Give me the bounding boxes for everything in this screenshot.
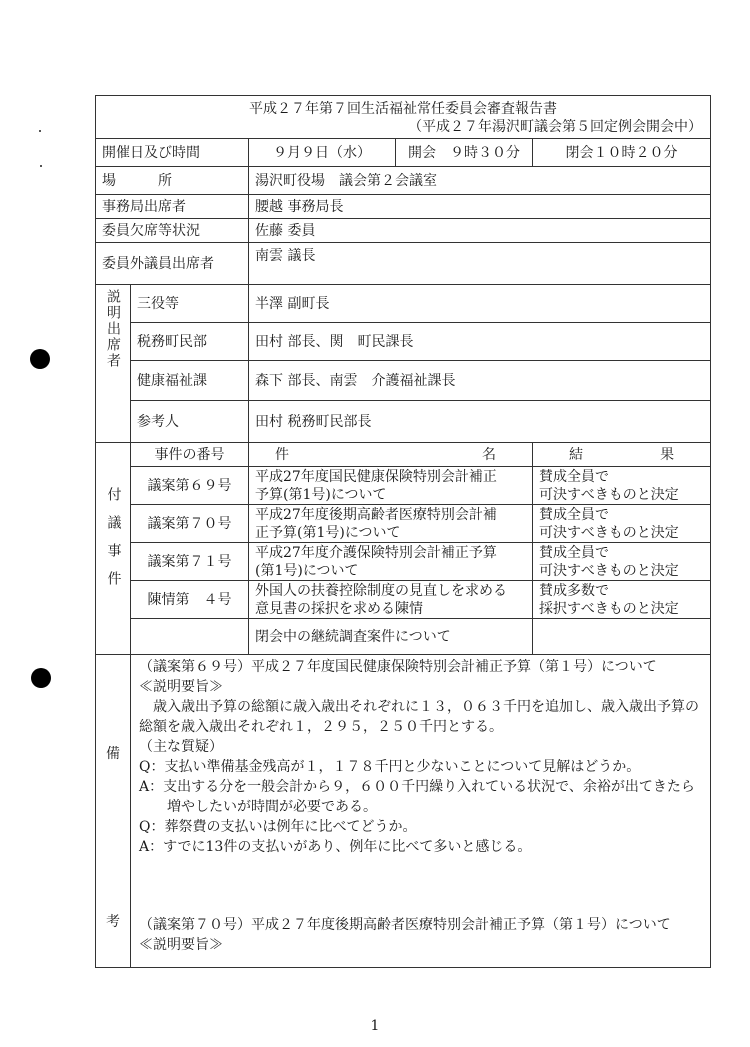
remarks-line: ≪説明要旨≫ xyxy=(139,935,702,955)
explainer-label: 三役等 xyxy=(131,285,249,323)
info-label: 委員欠席等状況 xyxy=(96,219,249,243)
header-result-right: 果 xyxy=(660,446,674,464)
agenda-number: 陳情第 ４号 xyxy=(131,581,249,619)
agenda-header-row: 付議事件 事件の番号 件名 結果 xyxy=(96,443,711,467)
info-label: 委員外議員出席者 xyxy=(96,243,249,285)
punch-hole-bottom xyxy=(31,668,51,688)
remarks-line: （主な質疑） xyxy=(139,737,702,757)
agenda-result: 賛成全員で可決すべきものと決定 xyxy=(533,467,711,505)
info-value: 湯沢町役場 議会第２会議室 xyxy=(249,167,711,195)
agenda-item-row: 議案第７０号 平成27年度後期高齢者医療特別会計補正予算(第1号)について 賛成… xyxy=(96,505,711,543)
remarks-line: ≪説明要旨≫ xyxy=(139,677,702,697)
info-row-secretariat: 事務局出席者 腰越 事務局長 xyxy=(96,195,711,219)
explainer-row: 参考人 田村 税務町民部長 xyxy=(96,401,711,443)
date-label: 開催日及び時間 xyxy=(96,139,249,167)
info-label: 場 所 xyxy=(96,167,249,195)
remarks-content: （議案第６９号）平成２７年度国民健康保険特別会計補正予算（第１号）について ≪説… xyxy=(131,655,711,968)
header-name-right: 名 xyxy=(482,446,496,464)
report-table-container: 平成２７年第７回生活福祉常任委員会審査報告書 （平成２７年湯沢町議会第５回定例会… xyxy=(95,95,710,968)
explainers-group-text: 説明出席者 xyxy=(102,289,124,369)
agenda-number: 議案第７１号 xyxy=(131,543,249,581)
title-cell: 平成２７年第７回生活福祉常任委員会審査報告書 （平成２７年湯沢町議会第５回定例会… xyxy=(96,96,711,139)
agenda-item-row: 陳情第 ４号 外国人の扶養控除制度の見直しを求める意見書の採択を求める陳情 賛成… xyxy=(96,581,711,619)
page-number: 1 xyxy=(0,1018,750,1034)
explainer-value: 田村 税務町民部長 xyxy=(249,401,711,443)
agenda-group-text: 付議事件 xyxy=(98,487,129,599)
agenda-number xyxy=(131,619,249,655)
agenda-item-row: 閉会中の継続調査案件について xyxy=(96,619,711,655)
agenda-number: 議案第７０号 xyxy=(131,505,249,543)
explainer-row: 税務町民部 田村 部長、関 町民課長 xyxy=(96,323,711,361)
info-value: 南雲 議長 xyxy=(249,243,711,285)
remarks-label-bottom: 考 xyxy=(96,763,130,931)
agenda-name-line: 平成27年度介護保険特別会計補正予算 xyxy=(255,544,526,562)
remarks-line: A：すでに13件の支払いがあり、例年に比べて多いと感じる。 xyxy=(139,837,702,857)
agenda-result-line: 賛成全員で xyxy=(539,468,704,486)
explainer-value: 田村 部長、関 町民課長 xyxy=(249,323,711,361)
agenda-item-row: 議案第６９号 平成27年度国民健康保険特別会計補正予算(第1号)について 賛成全… xyxy=(96,467,711,505)
explainer-value: 半澤 副町長 xyxy=(249,285,711,323)
agenda-name-line: 意見書の採択を求める陳情 xyxy=(255,600,526,618)
agenda-name-line: 外国人の扶養控除制度の見直しを求める xyxy=(255,582,526,600)
remarks-line: Q：支払い準備基金残高が１，１７８千円と少ないことについて見解はどうか。 xyxy=(139,757,702,777)
header-result-left: 結 xyxy=(569,446,583,464)
agenda-result: 賛成全員で可決すべきものと決定 xyxy=(533,543,711,581)
remarks-line: （議案第６９号）平成２７年度国民健康保険特別会計補正予算（第１号）について xyxy=(139,657,702,677)
agenda-number: 議案第６９号 xyxy=(131,467,249,505)
remarks-spacer xyxy=(139,857,702,915)
agenda-result-line: 可決すべきものと決定 xyxy=(539,562,704,580)
info-row-non-member: 委員外議員出席者 南雲 議長 xyxy=(96,243,711,285)
agenda-header-name: 件名 xyxy=(249,443,533,467)
agenda-name-line: 予算(第1号)について xyxy=(255,486,526,504)
explainer-label: 参考人 xyxy=(131,401,249,443)
report-subtitle: （平成２７年湯沢町議会第５回定例会開会中） xyxy=(408,118,702,136)
remarks-row: 備 考 （議案第６９号）平成２７年度国民健康保険特別会計補正予算（第１号）につい… xyxy=(96,655,711,968)
agenda-result: 賛成全員で可決すべきものと決定 xyxy=(533,505,711,543)
agenda-result-line: 可決すべきものと決定 xyxy=(539,524,704,542)
close-time: 閉会１０時２０分 xyxy=(533,139,711,167)
info-label: 事務局出席者 xyxy=(96,195,249,219)
remarks-line: A：支出する分を一般会計から９，６００千円繰り入れている状況で、余裕が出てきたら… xyxy=(139,777,702,817)
agenda-name-line: 平成27年度後期高齢者医療特別会計補 xyxy=(255,506,526,524)
title-row: 平成２７年第７回生活福祉常任委員会審査報告書 （平成２７年湯沢町議会第５回定例会… xyxy=(96,96,711,139)
remarks-label: 備 考 xyxy=(96,655,131,968)
agenda-group-label: 付議事件 xyxy=(96,443,131,655)
agenda-name: 外国人の扶養控除制度の見直しを求める意見書の採択を求める陳情 xyxy=(249,581,533,619)
remarks-line: 歳入歳出予算の総額に歳入歳出それぞれに１３，０６３千円を追加し、歳入歳出予算の総… xyxy=(139,697,702,737)
agenda-result-line: 可決すべきものと決定 xyxy=(539,486,704,504)
report-table: 平成２７年第７回生活福祉常任委員会審査報告書 （平成２７年湯沢町議会第５回定例会… xyxy=(95,95,711,968)
agenda-name: 平成27年度国民健康保険特別会計補正予算(第1号)について xyxy=(249,467,533,505)
explainers-group-label: 説明出席者 xyxy=(96,285,131,443)
agenda-name-line: 平成27年度国民健康保険特別会計補正 xyxy=(255,468,526,486)
agenda-result-line: 採択すべきものと決定 xyxy=(539,600,704,618)
agenda-item-row: 議案第７１号 平成27年度介護保険特別会計補正予算(第1号)について 賛成全員で… xyxy=(96,543,711,581)
open-time: 開会 ９時３０分 xyxy=(396,139,533,167)
agenda-result xyxy=(533,619,711,655)
scan-speck xyxy=(40,165,42,167)
agenda-header-number: 事件の番号 xyxy=(131,443,249,467)
scanned-page: 平成２７年第７回生活福祉常任委員会審査報告書 （平成２７年湯沢町議会第５回定例会… xyxy=(0,0,750,1047)
info-value: 佐藤 委員 xyxy=(249,219,711,243)
agenda-name: 平成27年度介護保険特別会計補正予算(第1号)について xyxy=(249,543,533,581)
header-name-left: 件 xyxy=(275,446,289,464)
report-title: 平成２７年第７回生活福祉常任委員会審査報告書 xyxy=(96,100,710,118)
explainer-label: 健康福祉課 xyxy=(131,361,249,401)
explainer-label: 税務町民部 xyxy=(131,323,249,361)
explainer-row: 説明出席者 三役等 半澤 副町長 xyxy=(96,285,711,323)
punch-hole-top xyxy=(30,349,50,369)
info-value: 腰越 事務局長 xyxy=(249,195,711,219)
remarks-line: Q：葬祭費の支払いは例年に比べてどうか。 xyxy=(139,817,702,837)
agenda-result-line: 賛成全員で xyxy=(539,506,704,524)
agenda-result: 賛成多数で採択すべきものと決定 xyxy=(533,581,711,619)
date-value: ９月９日（水） xyxy=(249,139,396,167)
explainer-row: 健康福祉課 森下 部長、南雲 介護福祉課長 xyxy=(96,361,711,401)
agenda-name-line: 正予算(第1号)について xyxy=(255,524,526,542)
explainer-value: 森下 部長、南雲 介護福祉課長 xyxy=(249,361,711,401)
info-row-location: 場 所 湯沢町役場 議会第２会議室 xyxy=(96,167,711,195)
agenda-name: 平成27年度後期高齢者医療特別会計補正予算(第1号)について xyxy=(249,505,533,543)
remarks-label-top: 備 xyxy=(96,655,130,763)
agenda-result-line: 賛成多数で xyxy=(539,582,704,600)
info-row-absence: 委員欠席等状況 佐藤 委員 xyxy=(96,219,711,243)
scan-speck xyxy=(39,130,41,132)
meeting-date-row: 開催日及び時間 ９月９日（水） 開会 ９時３０分 閉会１０時２０分 xyxy=(96,139,711,167)
agenda-header-result: 結果 xyxy=(533,443,711,467)
agenda-result-line: 賛成全員で xyxy=(539,544,704,562)
agenda-name-line: 閉会中の継続調査案件について xyxy=(255,628,526,646)
agenda-name: 閉会中の継続調査案件について xyxy=(249,619,533,655)
agenda-name-line: (第1号)について xyxy=(255,562,526,580)
remarks-line: （議案第７０号）平成２７年度後期高齢者医療特別会計補正予算（第１号）について xyxy=(139,915,702,935)
